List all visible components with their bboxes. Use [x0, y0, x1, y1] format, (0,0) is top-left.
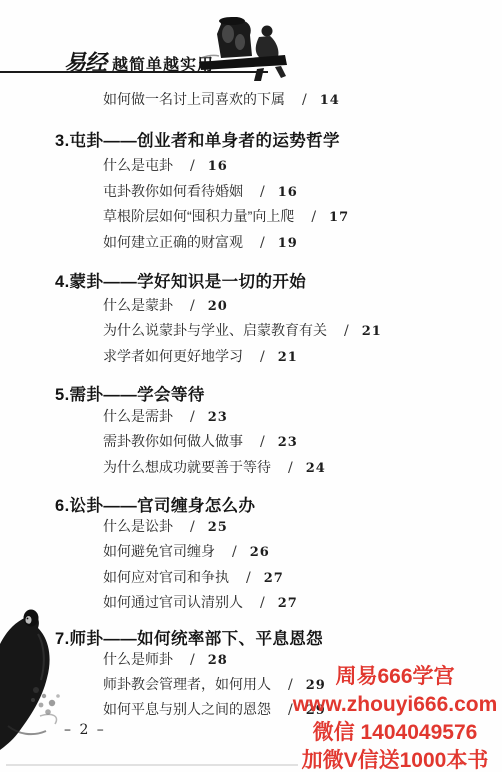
- toc-item-text: 如何应对官司和争执: [103, 569, 229, 585]
- toc-item-text: 什么是师卦: [103, 651, 173, 667]
- toc-item-text: 为什么想成功就要善于等待: [103, 459, 271, 475]
- toc-separator: /: [190, 298, 195, 314]
- toc-item: 什么是讼卦/25: [103, 516, 228, 536]
- toc-item-text: 什么是讼卦: [103, 518, 173, 534]
- section-title: 4.蒙卦——学好知识是一切的开始: [55, 268, 306, 292]
- toc-page-number: 21: [362, 324, 382, 339]
- toc-page-number: 28: [208, 653, 228, 668]
- toc-item-text: 如何做一名讨上司喜欢的下属: [103, 91, 285, 107]
- toc-item-text: 什么是需卦: [103, 408, 173, 424]
- toc-page-number: 27: [278, 596, 298, 611]
- watermark-school-name: 周易666学宫: [288, 663, 502, 691]
- toc-item: 需卦教你如何做人做事/23: [103, 431, 298, 451]
- toc-item-text: 如何避免官司缠身: [103, 543, 215, 559]
- toc-page-number: 25: [208, 520, 228, 535]
- toc-item-text: 什么是蒙卦: [103, 297, 173, 313]
- toc-item: 为什么想成功就要善于等待/24: [103, 457, 326, 477]
- toc-separator: /: [190, 158, 195, 174]
- toc-separator: /: [260, 595, 265, 611]
- toc-separator: /: [260, 434, 265, 450]
- toc-item-text: 什么是屯卦: [103, 157, 173, 173]
- page-number: – 2 –: [64, 722, 106, 738]
- toc-page-number: 19: [278, 236, 298, 251]
- toc-item: 什么是需卦/23: [103, 406, 228, 426]
- toc-item: 如何应对官司和争执/27: [103, 567, 284, 587]
- toc-separator: /: [302, 92, 307, 108]
- toc-separator: /: [260, 235, 265, 251]
- toc-item: 如何建立正确的财富观/19: [103, 232, 298, 252]
- toc-item-text: 如何通过官司认清别人: [103, 594, 243, 610]
- ink-scholar-illustration: [197, 12, 301, 82]
- toc-separator: /: [344, 323, 349, 339]
- section-title: 3.屯卦——创业者和单身者的运势哲学: [55, 127, 340, 151]
- toc-separator: /: [190, 519, 195, 535]
- toc-item: 屯卦教你如何看待婚姻/16: [103, 181, 298, 201]
- watermark-wechat-id: 微信 1404049576: [288, 719, 502, 747]
- toc-separator: /: [232, 544, 237, 560]
- ink-figure-illustration: [0, 604, 70, 752]
- toc-page-number: 16: [278, 185, 298, 200]
- toc-page-number: 20: [208, 299, 228, 314]
- toc-item-text: 师卦教会管理者，如何用人: [103, 676, 271, 692]
- toc-separator: /: [311, 209, 316, 225]
- toc-item-text: 求学者如何更好地学习: [103, 348, 243, 364]
- toc-item: 什么是屯卦/16: [103, 155, 228, 175]
- section-title: 7.师卦——如何统率部下、平息恩怨: [55, 625, 323, 649]
- toc-separator: /: [246, 570, 251, 586]
- toc-page-number: 24: [306, 461, 326, 476]
- section-title: 5.需卦——学会等待: [55, 381, 205, 405]
- toc-item: 如何通过官司认清别人/27: [103, 592, 298, 612]
- toc-item: 什么是师卦/28: [103, 649, 228, 669]
- toc-item: 如何做一名讨上司喜欢的下属/14: [103, 89, 340, 109]
- toc-item-text: 需卦教你如何做人做事: [103, 433, 243, 449]
- toc-page-number: 26: [250, 545, 270, 560]
- toc-separator: /: [260, 184, 265, 200]
- scan-edge-shadow: [6, 764, 298, 766]
- toc-item-text: 草根阶层如何“囤积力量”向上爬: [103, 208, 294, 224]
- toc-item: 草根阶层如何“囤积力量”向上爬/17: [103, 206, 349, 226]
- toc-item: 为什么说蒙卦与学业、启蒙教育有关/21: [103, 320, 382, 340]
- toc-separator: /: [190, 409, 195, 425]
- toc-item-text: 屯卦教你如何看待婚姻: [103, 183, 243, 199]
- toc-separator: /: [288, 460, 293, 476]
- toc-item-text: 为什么说蒙卦与学业、启蒙教育有关: [103, 322, 327, 338]
- toc-page-number: 27: [264, 571, 284, 586]
- watermark-block: 周易666学宫 www.zhouyi666.com 微信 1404049576 …: [288, 663, 502, 772]
- watermark-website: www.zhouyi666.com: [288, 691, 502, 719]
- toc-page-number: 16: [208, 159, 228, 174]
- watermark-promo-text: 加微V信送1000本书: [288, 747, 502, 772]
- toc-page-number: 23: [208, 410, 228, 425]
- toc-item: 什么是蒙卦/20: [103, 295, 228, 315]
- section-title: 6.讼卦——官司缠身怎么办: [55, 492, 255, 516]
- toc-item-text: 如何平息与别人之间的恩怨: [103, 701, 271, 717]
- toc-page-number: 23: [278, 435, 298, 450]
- toc-item: 如何避免官司缠身/26: [103, 541, 270, 561]
- toc-page-number: 21: [278, 350, 298, 365]
- toc-page-number: 14: [320, 93, 340, 108]
- toc-separator: /: [260, 349, 265, 365]
- toc-item-text: 如何建立正确的财富观: [103, 234, 243, 250]
- toc-item: 求学者如何更好地学习/21: [103, 346, 298, 366]
- toc-separator: /: [190, 652, 195, 668]
- scanned-book-page: 易经 越简单越实用 如何做一名讨上司喜欢的下属/14 3.屯卦——创业者和单身者…: [0, 0, 502, 772]
- toc-page-number: 17: [329, 210, 349, 225]
